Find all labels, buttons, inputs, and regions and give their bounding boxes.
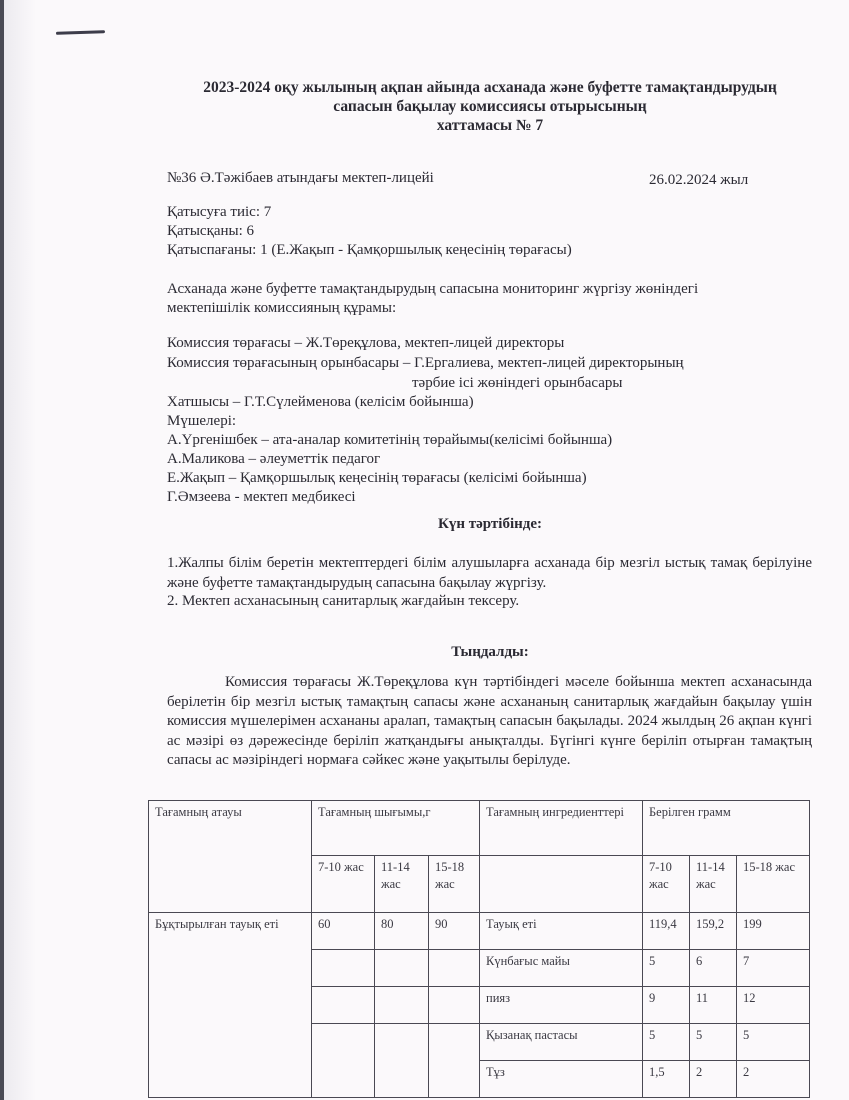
ingredient-grams-7-10: 9 — [643, 987, 690, 1024]
heard-heading: Тыңдалды: — [150, 644, 830, 661]
member-1: А.Үргенішбек – ата-аналар комитетінің тө… — [167, 431, 612, 449]
header-ingredients-empty — [480, 856, 643, 913]
header-grams-age-11-14: 11-14 жас — [690, 856, 737, 913]
header-dish-name: Тағамның атауы — [149, 801, 312, 913]
title-line-3: хаттамасы № 7 — [150, 116, 830, 135]
attendance-expected: Қатысуға тиіс: 7 — [167, 203, 271, 221]
document-date: 26.02.2024 жыл — [649, 171, 748, 189]
member-deputy-role: тәрбие ісі жөніндегі орынбасары — [412, 374, 622, 392]
dish-yield-7-10: 60 — [312, 913, 375, 950]
member-chair: Комиссия төрағасы – Ж.Төреқұлова, мектеп… — [167, 334, 564, 352]
school-name: №36 Ә.Тәжібаев атындағы мектеп-лицейі — [167, 169, 434, 187]
empty-cell — [312, 950, 375, 987]
scan-page-shadow — [4, 0, 36, 1100]
ingredient-name: пияз — [480, 987, 643, 1024]
header-yield-age-11-14: 11-14 жас — [375, 856, 429, 913]
agenda-item-1: 1.Жалпы білім беретін мектептердегі білі… — [167, 554, 812, 593]
attendance-absent: Қатыспағаны: 1 (Е.Жақып - Қамқоршылық ке… — [167, 241, 572, 259]
ingredient-grams-7-10: 5 — [643, 950, 690, 987]
empty-cell — [375, 1024, 429, 1098]
empty-cell — [429, 950, 480, 987]
header-given-grams: Берілген грамм — [643, 801, 810, 856]
ingredient-grams-15-18: 2 — [737, 1061, 810, 1098]
title-line-1: 2023-2024 оқу жылының ақпан айында асхан… — [150, 78, 830, 97]
attendance-present: Қатысқаны: 6 — [167, 222, 254, 240]
ingredient-grams-7-10: 1,5 — [643, 1061, 690, 1098]
ingredient-grams-15-18: 7 — [737, 950, 810, 987]
ingredient-grams-15-18: 5 — [737, 1024, 810, 1061]
dish-yield-11-14: 80 — [375, 913, 429, 950]
ingredient-name: Қызанақ пастасы — [480, 1024, 643, 1061]
pen-mark — [56, 30, 105, 35]
header-ingredients: Тағамның ингредиенттері — [480, 801, 643, 856]
member-2: А.Маликова – әлеуметтік педагог — [167, 450, 380, 468]
member-4: Г.Әмзеева - мектеп медбикесі — [167, 488, 356, 506]
table-row: Бұқтырылған тауық еті 60 80 90 Тауық еті… — [149, 913, 810, 950]
ingredient-grams-15-18: 12 — [737, 987, 810, 1024]
member-3: Е.Жақып – Қамқоршылық кеңесінің төрағасы… — [167, 469, 587, 487]
empty-cell — [375, 950, 429, 987]
ingredient-grams-7-10: 119,4 — [643, 913, 690, 950]
member-deputy: Комиссия төрағасының орынбасары – Г.Ерга… — [167, 354, 684, 372]
empty-cell — [312, 1024, 375, 1098]
empty-cell — [375, 987, 429, 1024]
commission-intro-line-2: мектепішілік комиссияның құрамы: — [167, 299, 396, 317]
header-grams-age-15-18: 15-18 жас — [737, 856, 810, 913]
empty-cell — [429, 987, 480, 1024]
ingredient-grams-7-10: 5 — [643, 1024, 690, 1061]
ingredient-name: Тауық еті — [480, 913, 643, 950]
header-yield: Тағамның шығымы,г — [312, 801, 480, 856]
ingredient-grams-11-14: 11 — [690, 987, 737, 1024]
dish-name: Бұқтырылған тауық еті — [149, 913, 312, 1098]
ingredient-grams-11-14: 2 — [690, 1061, 737, 1098]
member-secretary: Хатшысы – Г.Т.Сүлейменова (келісім бойын… — [167, 393, 474, 411]
commission-intro-line-1: Асханада және буфетте тамақтандырудың са… — [167, 280, 698, 298]
ingredient-name: Күнбағыс майы — [480, 950, 643, 987]
empty-cell — [312, 987, 375, 1024]
agenda-heading: Күн тәртібінде: — [150, 516, 830, 533]
heard-paragraph: Комиссия төрағасы Ж.Төреқұлова күн тәрті… — [167, 673, 812, 771]
ingredient-name: Тұз — [480, 1061, 643, 1098]
header-yield-age-15-18: 15-18 жас — [429, 856, 480, 913]
ingredient-grams-11-14: 6 — [690, 950, 737, 987]
title-line-2: сапасын бақылау комиссиясы отырысының — [150, 97, 830, 116]
ingredient-grams-11-14: 159,2 — [690, 913, 737, 950]
dish-yield-15-18: 90 — [429, 913, 480, 950]
header-yield-age-7-10: 7-10 жас — [312, 856, 375, 913]
members-label: Мүшелері: — [167, 412, 236, 430]
header-grams-age-7-10: 7-10 жас — [643, 856, 690, 913]
document-title: 2023-2024 оқу жылының ақпан айында асхан… — [150, 78, 830, 135]
empty-cell — [429, 1024, 480, 1098]
dish-table: Тағамның атауы Тағамның шығымы,г Тағамны… — [148, 800, 810, 1098]
agenda-item-2: 2. Мектеп асханасының санитарлық жағдайы… — [167, 592, 519, 610]
ingredient-grams-15-18: 199 — [737, 913, 810, 950]
ingredient-grams-11-14: 5 — [690, 1024, 737, 1061]
